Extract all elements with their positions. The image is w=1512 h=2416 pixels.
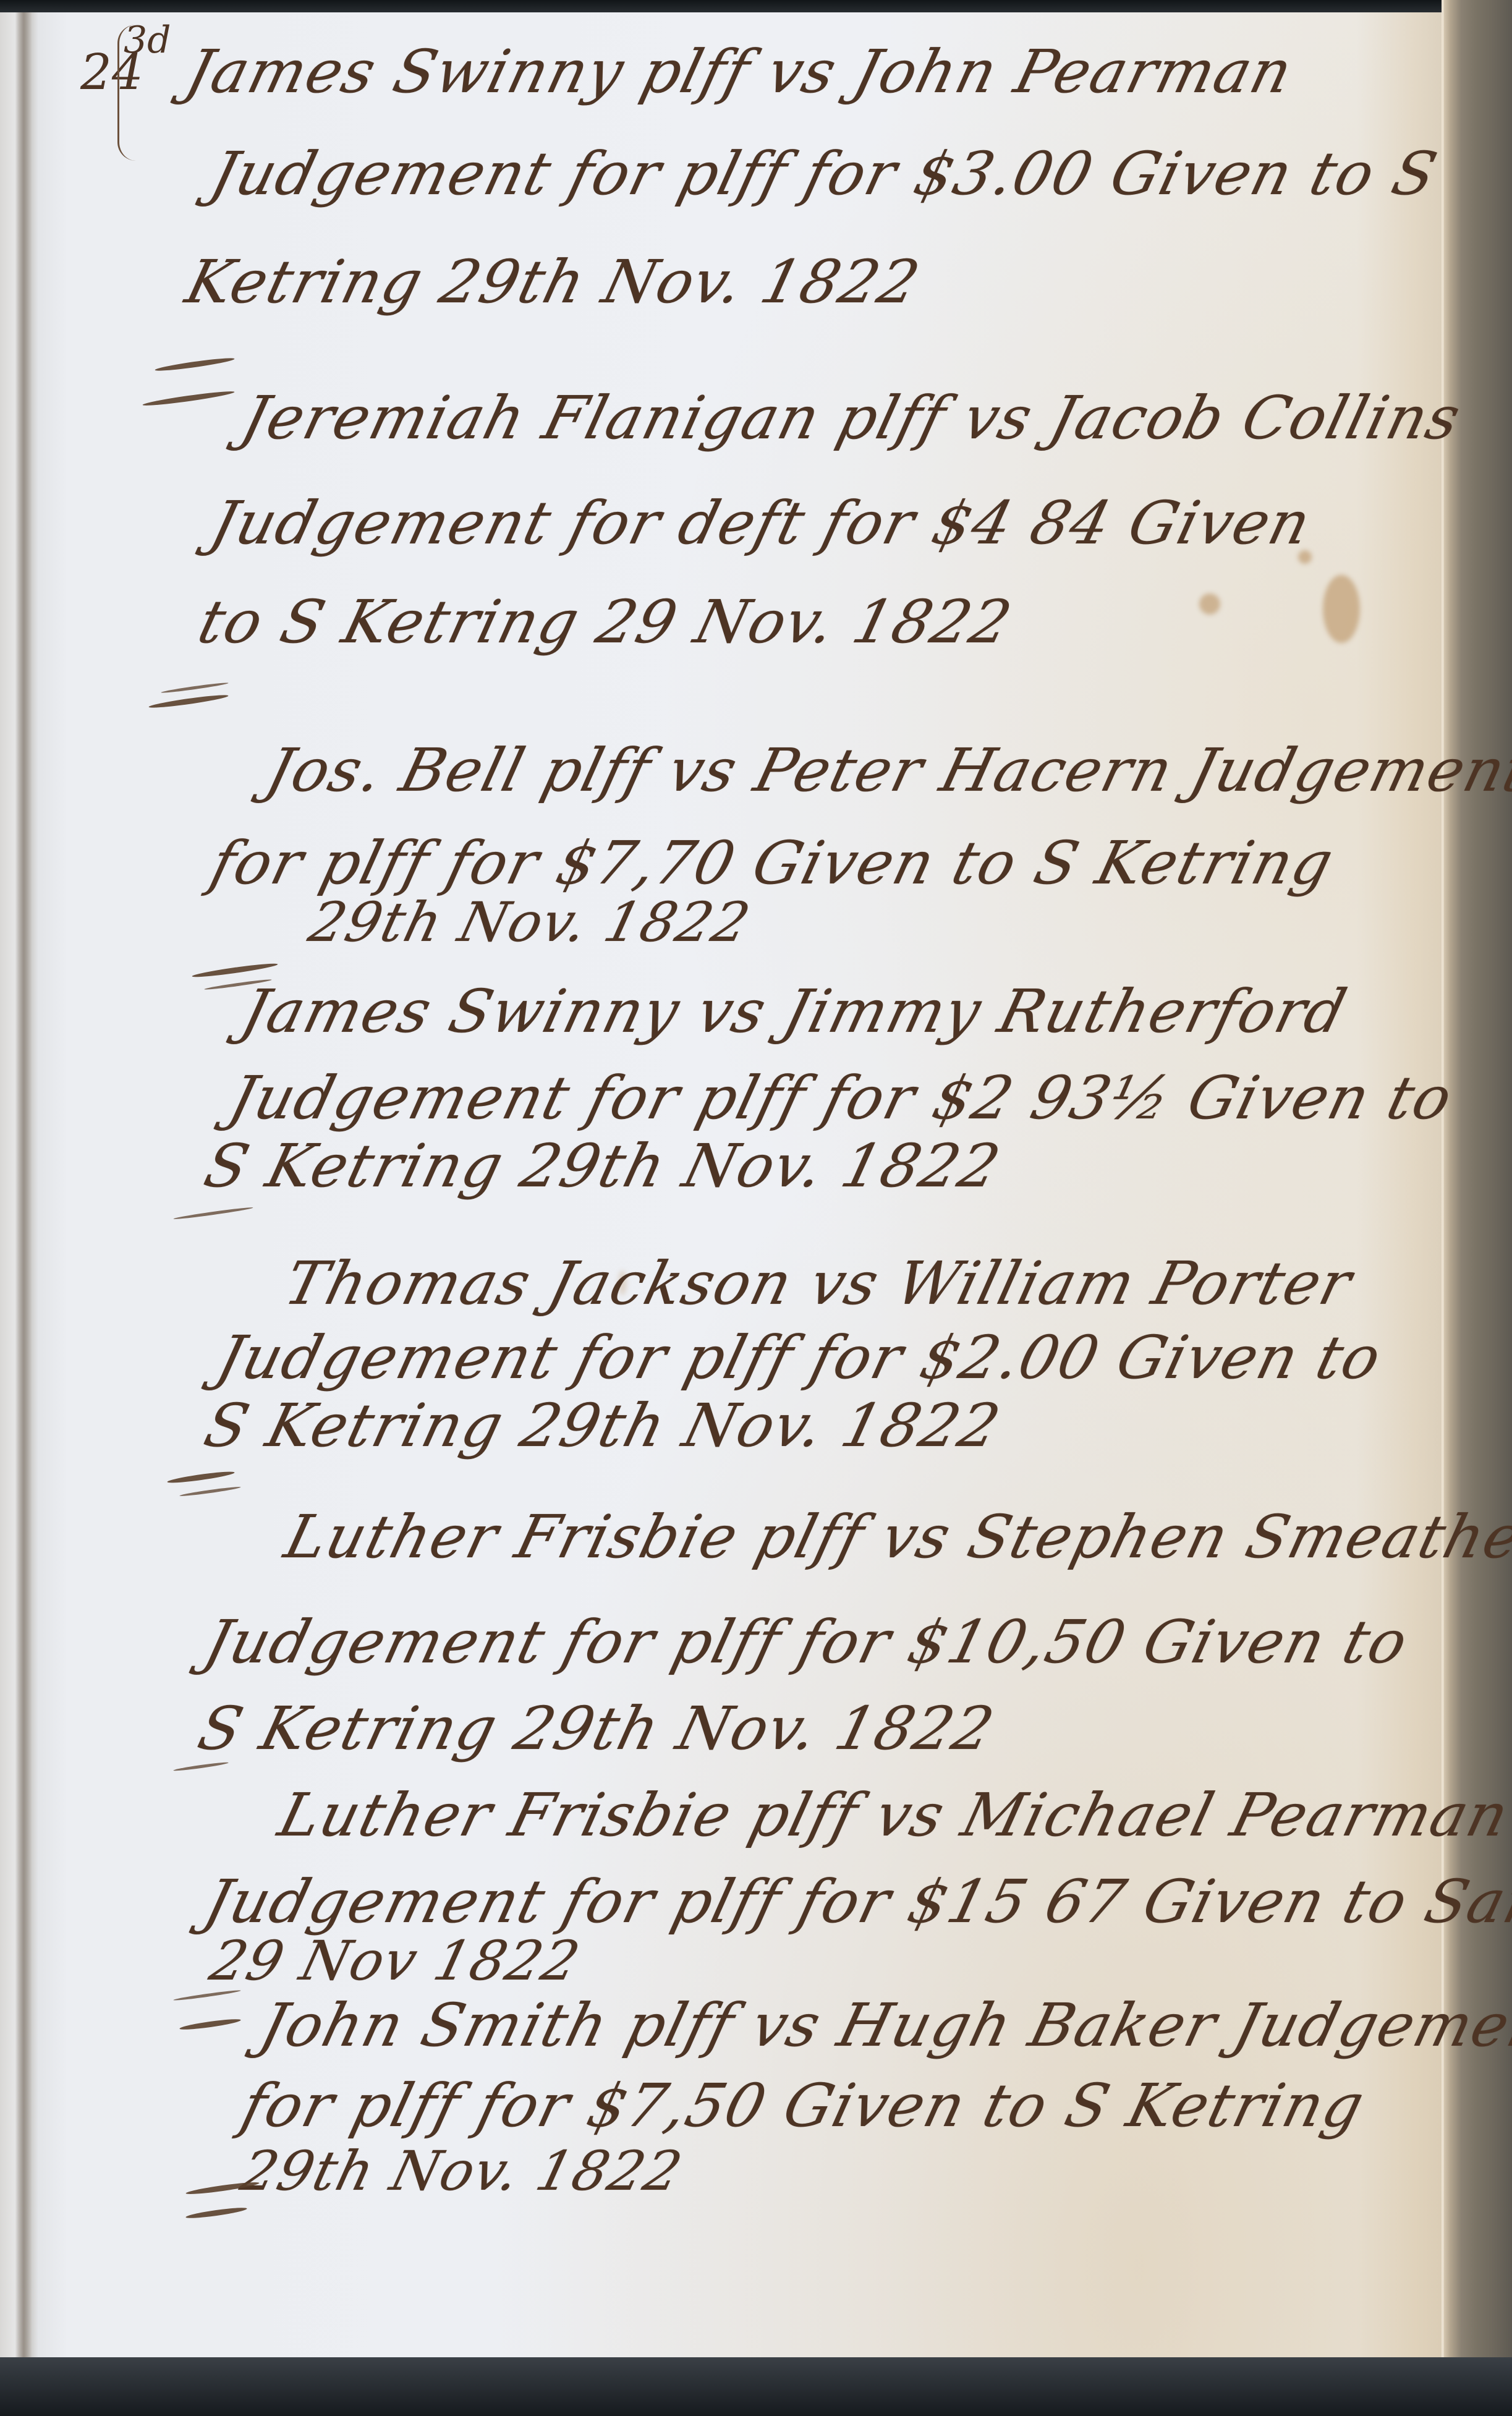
entry-line: Luther Frisbie plff vs Stephen Smeathers <box>278 1502 1512 1572</box>
entry-line: James Swinny plff vs John Pearman <box>179 37 1300 106</box>
ink-stain <box>1323 575 1360 643</box>
entry-line: Judgement for plff for $2.00 Given to <box>210 1323 1388 1392</box>
scan-bottom-edge <box>0 2357 1512 2416</box>
entry-line: S Ketring 29th Nov. 1822 <box>192 1694 1001 1763</box>
entry-line: Jeremiah Flanigan plff vs Jacob Collins <box>235 383 1468 453</box>
entry-line: for plff for $7,70 Given to S Ketring <box>204 828 1341 898</box>
entry-line: James Swinny vs Jimmy Rutherford <box>235 977 1354 1046</box>
entry-line: S Ketring 29th Nov. 1822 <box>198 1391 1008 1460</box>
scan-top-edge <box>0 0 1512 14</box>
entry-line: Ketring 29th Nov. 1822 <box>179 247 927 317</box>
entry-line: John Smith plff vs Hugh Baker Judgement <box>253 1991 1512 2060</box>
entry-line: Judgement for plff for $3.00 Given to S <box>204 139 1445 208</box>
entry-line: Judgement for deft for $4 84 Given <box>204 488 1319 558</box>
entry-line: 29 Nov 1822 <box>204 1929 587 1993</box>
entry-line: S Ketring 29th Nov. 1822 <box>198 1131 1008 1201</box>
entry-line: 29th Nov. 1822 <box>235 2139 689 2203</box>
entry-line: Thomas Jackson vs William Porter <box>278 1249 1359 1318</box>
entry-line: Judgement for plff for $2 93½ Given to <box>223 1063 1459 1133</box>
entry-line: Judgement for plff for $10,50 Given to <box>198 1607 1416 1677</box>
entry-line: to S Ketring 29 Nov. 1822 <box>192 587 1019 657</box>
margin-brace <box>117 25 144 161</box>
entry-line: Jos. Bell plff vs Peter Hacern Judgement <box>260 736 1512 805</box>
entry-line: for plff for $7,50 Given to S Ketring <box>235 2071 1372 2140</box>
entry-line: Judgement for plff for $15 67 Given to S… <box>198 1867 1512 1936</box>
gutter-shadow <box>15 12 32 2362</box>
entry-line: Luther Frisbie plff vs Michael Pearman <box>272 1780 1512 1850</box>
ink-stain <box>1199 593 1220 615</box>
entry-line: 29th Nov. 1822 <box>303 890 757 954</box>
